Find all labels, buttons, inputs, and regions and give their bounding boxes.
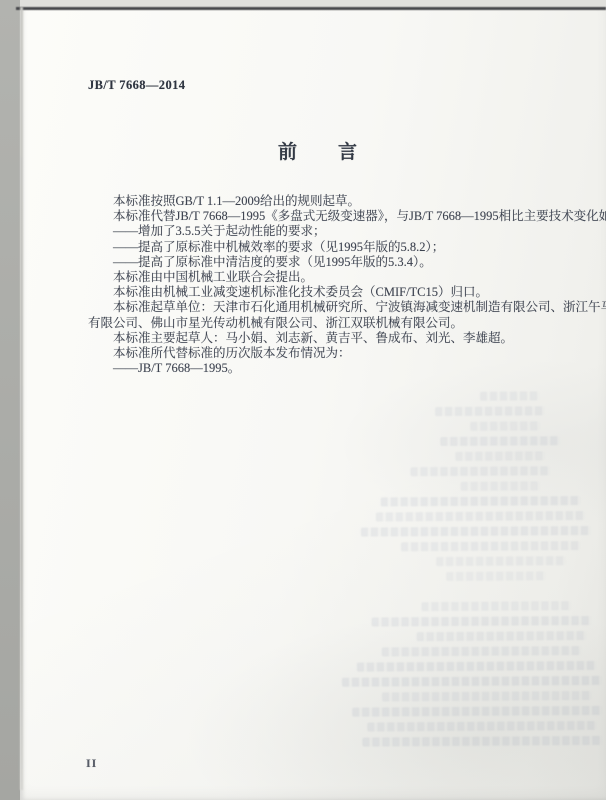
foreword-line: 本标准代替JB/T 7668—1995《多盘式无级变速器》，与JB/T 7668… — [88, 209, 560, 224]
scanned-page: JB/T 7668—2014 前 言 本标准按照GB/T 1.1—2009给出的… — [0, 0, 606, 800]
scan-top-strip — [20, 0, 606, 7]
foreword-text: 本标准按照GB/T 1.1—2009给出的规则起草。 本标准代替JB/T 766… — [88, 194, 560, 376]
page-number: II — [86, 756, 97, 771]
paper-sheet — [20, 7, 606, 800]
foreword-line: 本标准主要起草人：马小娟、刘志新、黄吉平、鲁成布、刘光、李雄超。 — [88, 331, 560, 346]
foreword-line: 有限公司、佛山市星光传动机械有限公司、浙江双联机械有限公司。 — [88, 316, 560, 331]
foreword-line: ——JB/T 7668—1995。 — [88, 361, 560, 376]
foreword-line: ——提高了原标准中机械效率的要求（见1995年版的5.8.2）； — [88, 240, 560, 255]
foreword-line: ——提高了原标准中清洁度的要求（见1995年版的5.3.4）。 — [88, 255, 560, 270]
foreword-line: ——增加了3.5.5关于起动性能的要求； — [88, 224, 560, 239]
foreword-line: 本标准所代替标准的历次版本发布情况为： — [88, 346, 560, 361]
standard-number: JB/T 7668—2014 — [88, 78, 185, 93]
foreword-line: 本标准按照GB/T 1.1—2009给出的规则起草。 — [88, 194, 560, 209]
paper-left-edge — [20, 7, 23, 790]
foreword-line: 本标准由中国机械工业联合会提出。 — [88, 270, 560, 285]
paper-top-edge-line — [16, 7, 606, 10]
foreword-line: 本标准由机械工业减变速机标准化技术委员会（CMIF/TC15）归口。 — [88, 285, 560, 300]
page-title: 前 言 — [88, 137, 548, 164]
foreword-line: 本标准起草单位：天津市石化通用机械研究所、宁波镇海减变速机制造有限公司、浙江午马… — [88, 300, 560, 315]
